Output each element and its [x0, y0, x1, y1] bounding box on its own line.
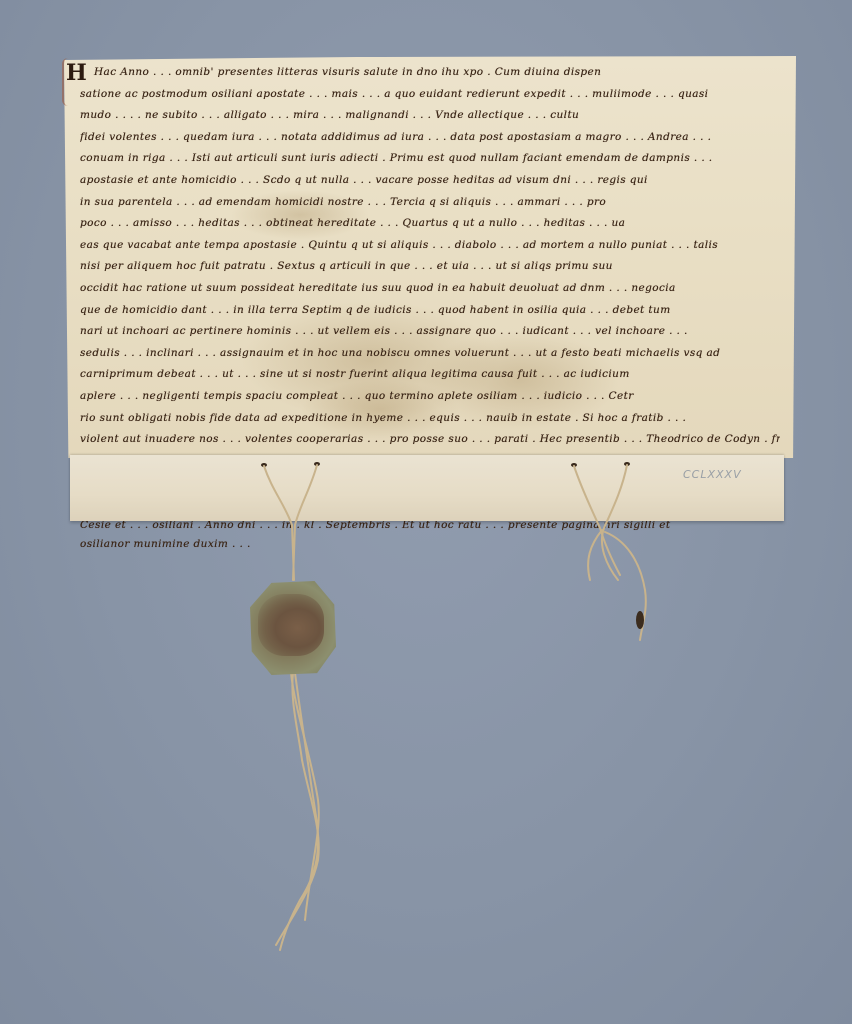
seal-cords — [0, 0, 852, 1024]
wax-seal-impression — [258, 594, 324, 656]
cord-knot — [636, 611, 644, 629]
